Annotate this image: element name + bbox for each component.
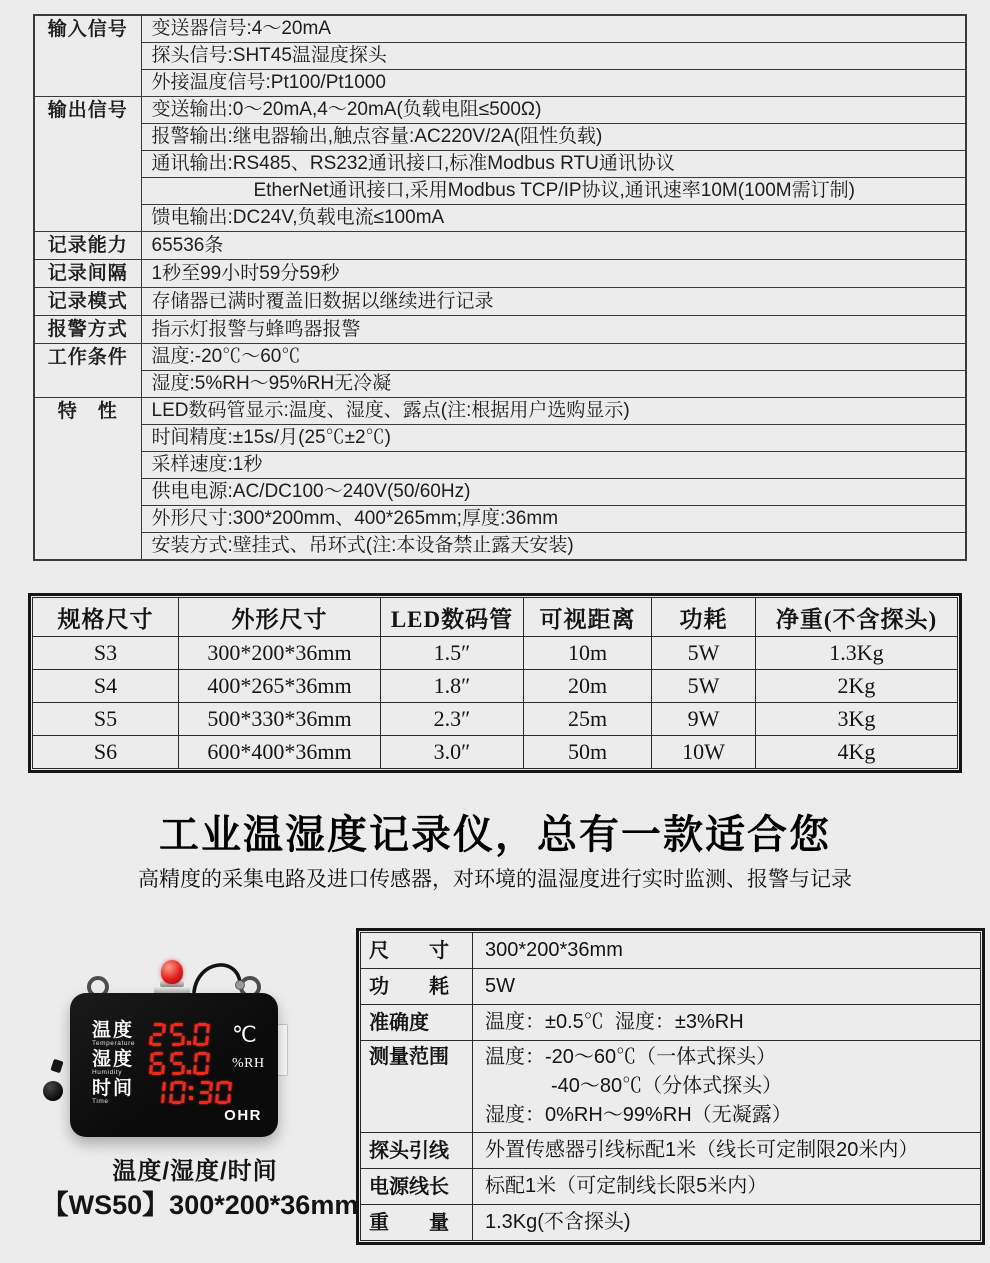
display-label: 温度Temperature bbox=[92, 1021, 148, 1048]
models-row: S4400*265*36mm1.8″20m5W2Kg bbox=[33, 670, 958, 703]
led-display-panel: 温度Temperature℃湿度Humidity%RH时间Time OHR bbox=[70, 993, 278, 1137]
detail-row: 重 量1.3Kg(不含探头) bbox=[361, 1205, 981, 1241]
segment bbox=[173, 1023, 182, 1026]
models-cell: 10m bbox=[524, 637, 652, 670]
segment bbox=[182, 1082, 186, 1091]
spec-row: 湿度:5%RH～95%RH无冷凝 bbox=[34, 371, 966, 398]
segment bbox=[200, 1091, 209, 1094]
segment bbox=[216, 1082, 220, 1091]
models-cell: 1.5″ bbox=[381, 637, 524, 670]
side-knob bbox=[43, 1081, 63, 1101]
spec-row: 探头信号:SHT45温湿度探头 bbox=[34, 43, 966, 70]
spec-row: 工作条件温度:-20℃～60℃ bbox=[34, 344, 966, 371]
decimal-dot bbox=[187, 1041, 191, 1045]
spec-value: 供电电源:AC/DC100～240V(50/60Hz) bbox=[141, 479, 966, 506]
segment bbox=[169, 1094, 173, 1103]
segment bbox=[153, 1033, 162, 1036]
display-label: 时间Time bbox=[92, 1079, 148, 1106]
spec-row: 通讯输出:RS485、RS232通讯接口,标准Modbus RTU通讯协议 bbox=[34, 151, 966, 178]
detail-value: 温度：-20～60℃（一体式探头）-40～80℃（分体式探头）湿度：0%RH～9… bbox=[473, 1041, 981, 1133]
display-label-en: Time bbox=[92, 1099, 148, 1106]
device-caption: 温度/湿度/时间 bbox=[30, 1151, 360, 1186]
seven-seg-digit bbox=[169, 1081, 186, 1104]
segment bbox=[172, 1072, 181, 1075]
segment bbox=[172, 1062, 181, 1065]
segment bbox=[227, 1094, 231, 1103]
models-cell: 2Kg bbox=[756, 670, 958, 703]
models-table-body: S3300*200*36mm1.5″10m5W1.3KgS4400*265*36… bbox=[33, 637, 958, 769]
detail-value: 1.3Kg(不含探头) bbox=[473, 1205, 981, 1241]
spec-row: 采样速度:1秒 bbox=[34, 452, 966, 479]
models-header-cell: 功耗 bbox=[652, 598, 756, 637]
detail-row: 尺 寸300*200*36mm bbox=[361, 933, 981, 969]
detail-row: 功 耗5W bbox=[361, 969, 981, 1005]
detail-value: 外置传感器引线标配1米（线长可定制限20米内） bbox=[473, 1133, 981, 1169]
segment bbox=[173, 1052, 182, 1055]
segment bbox=[150, 1053, 154, 1062]
display-label: 湿度Humidity bbox=[92, 1050, 148, 1077]
segment bbox=[194, 1053, 198, 1062]
seven-seg-digit bbox=[196, 1081, 213, 1104]
device-model-caption: 【WS50】300*200*36mm bbox=[30, 1183, 370, 1222]
models-table-frame: 规格尺寸外形尺寸LED数码管可视距离功耗净重(不含探头) S3300*200*3… bbox=[28, 593, 962, 773]
spec-value: 1秒至99小时59分59秒 bbox=[141, 260, 966, 288]
segment bbox=[162, 1024, 166, 1033]
spec-value: 时间精度:±15s/月(25℃±2℃) bbox=[141, 425, 966, 452]
segment bbox=[161, 1094, 165, 1103]
detail-label: 功 耗 bbox=[361, 969, 473, 1005]
spec-group-label: 特 性 bbox=[34, 398, 141, 561]
models-cell: 25m bbox=[524, 703, 652, 736]
alarm-beacon-icon bbox=[161, 960, 183, 984]
detail-value: 标配1米（可定制线长限5米内） bbox=[473, 1169, 981, 1205]
led-display-rows: 温度Temperature℃湿度Humidity%RH时间Time bbox=[92, 1020, 266, 1107]
segment bbox=[172, 1033, 181, 1036]
spec-value: EtherNet通讯接口,采用Modbus TCP/IP协议,通讯速率10M(1… bbox=[141, 178, 966, 205]
models-cell: 2.3″ bbox=[381, 703, 524, 736]
models-header-cell: LED数码管 bbox=[381, 598, 524, 637]
models-cell: 4Kg bbox=[756, 736, 958, 769]
models-row: S6600*400*36mm3.0″50m10W4Kg bbox=[33, 736, 958, 769]
seven-seg-digit bbox=[169, 1052, 186, 1075]
display-label-cn: 温度 bbox=[92, 1021, 148, 1040]
seven-seg-digit bbox=[149, 1052, 166, 1075]
display-value bbox=[148, 1081, 234, 1104]
io-spec-table: 输入信号变送器信号:4～20mA探头信号:SHT45温湿度探头外接温度信号:Pt… bbox=[33, 14, 967, 561]
models-cell: 5W bbox=[652, 670, 756, 703]
decimal-dot bbox=[187, 1070, 191, 1074]
segment bbox=[152, 1043, 161, 1046]
spec-row: 供电电源:AC/DC100～240V(50/60Hz) bbox=[34, 479, 966, 506]
detail-row: 探头引线外置传感器引线标配1米（线长可定制限20米内） bbox=[361, 1133, 981, 1169]
models-cell: 400*265*36mm bbox=[179, 670, 381, 703]
models-header-cell: 规格尺寸 bbox=[33, 598, 179, 637]
display-label-cn: 湿度 bbox=[92, 1050, 148, 1069]
models-cell: 1.3Kg bbox=[756, 637, 958, 670]
colon-dot bbox=[189, 1096, 193, 1100]
models-cell: 600*400*36mm bbox=[179, 736, 381, 769]
spec-row: 安装方式:壁挂式、吊环式(注:本设备禁止露天安装) bbox=[34, 533, 966, 561]
side-sensor-nub bbox=[50, 1059, 63, 1074]
display-row: 湿度Humidity%RH bbox=[92, 1049, 266, 1078]
detail-table-frame: 尺 寸300*200*36mm功 耗5W准确度温度：±0.5℃ 湿度：±3%RH… bbox=[356, 928, 985, 1245]
segment bbox=[198, 1052, 207, 1055]
display-value bbox=[148, 1023, 232, 1046]
segment bbox=[172, 1043, 181, 1046]
segment bbox=[205, 1036, 209, 1045]
sensor-cable-icon bbox=[188, 952, 252, 998]
segment bbox=[196, 1072, 205, 1075]
models-table: 规格尺寸外形尺寸LED数码管可视距离功耗净重(不含探头) S3300*200*3… bbox=[32, 597, 958, 769]
brand-logo: OHR bbox=[224, 1107, 262, 1124]
models-row: S3300*200*36mm1.5″10m5W1.3Kg bbox=[33, 637, 958, 670]
detail-line: -40～80℃（分体式探头） bbox=[485, 1072, 976, 1101]
models-cell: 300*200*36mm bbox=[179, 637, 381, 670]
segment bbox=[206, 1024, 210, 1033]
display-row: 温度Temperature℃ bbox=[92, 1020, 266, 1049]
spec-row: 记录间隔1秒至99小时59分59秒 bbox=[34, 260, 966, 288]
models-cell: 3.0″ bbox=[381, 736, 524, 769]
detail-row: 准确度温度：±0.5℃ 湿度：±3%RH bbox=[361, 1005, 981, 1041]
seven-seg-digit bbox=[149, 1023, 166, 1046]
spec-row: 报警输出:继电器输出,触点容量:AC220V/2A(阻性负载) bbox=[34, 124, 966, 151]
segment bbox=[170, 1053, 174, 1062]
spec-row: 外接温度信号:Pt100/Pt1000 bbox=[34, 70, 966, 97]
spec-row: 输入信号变送器信号:4～20mA bbox=[34, 15, 966, 43]
spec-group-label: 工作条件 bbox=[34, 344, 141, 398]
spec-row: 输出信号变送输出:0～20mA,4～20mA(负载电阻≤500Ω) bbox=[34, 97, 966, 124]
spec-value: 指示灯报警与蜂鸣器报警 bbox=[141, 316, 966, 344]
spec-row: 特 性LED数码管显示:温度、湿度、露点(注:根据用户选购显示) bbox=[34, 398, 966, 425]
segment bbox=[161, 1065, 165, 1074]
detail-label: 测量范围 bbox=[361, 1041, 473, 1133]
detail-line: 标配1米（可定制线长限5米内） bbox=[485, 1172, 976, 1201]
segment bbox=[154, 1052, 163, 1055]
segment bbox=[170, 1024, 174, 1033]
segment bbox=[196, 1043, 205, 1046]
page-title: 工业温湿度记录仪，总有一款适合您 bbox=[0, 803, 990, 860]
spec-group-label: 记录间隔 bbox=[34, 260, 141, 288]
models-table-head: 规格尺寸外形尺寸LED数码管可视距离功耗净重(不含探头) bbox=[33, 598, 958, 637]
detail-table-body: 尺 寸300*200*36mm功 耗5W准确度温度：±0.5℃ 湿度：±3%RH… bbox=[361, 933, 981, 1241]
segment bbox=[218, 1101, 227, 1104]
models-cell: 10W bbox=[652, 736, 756, 769]
detail-line: 温度：-20～60℃（一体式探头） bbox=[485, 1043, 976, 1072]
display-unit: ℃ bbox=[232, 1022, 257, 1048]
segment bbox=[208, 1094, 212, 1103]
models-header-cell: 可视距离 bbox=[524, 598, 652, 637]
spec-row: 馈电输出:DC24V,负载电流≤100mA bbox=[34, 205, 966, 232]
seven-seg-digit bbox=[193, 1052, 210, 1075]
detail-value: 温度：±0.5℃ 湿度：±3%RH bbox=[473, 1005, 981, 1041]
colon bbox=[187, 1081, 195, 1104]
spec-row: 报警方式指示灯报警与蜂鸣器报警 bbox=[34, 316, 966, 344]
display-label-cn: 时间 bbox=[92, 1079, 148, 1098]
models-cell: S4 bbox=[33, 670, 179, 703]
spec-value: 湿度:5%RH～95%RH无冷凝 bbox=[141, 371, 966, 398]
seven-seg-digit bbox=[149, 1081, 166, 1104]
segment bbox=[170, 1082, 174, 1091]
segment bbox=[152, 1072, 161, 1075]
spec-value: 变送输出:0～20mA,4～20mA(负载电阻≤500Ω) bbox=[141, 97, 966, 124]
spec-value: 报警输出:继电器输出,触点容量:AC220V/2A(阻性负载) bbox=[141, 124, 966, 151]
spec-value: 通讯输出:RS485、RS232通讯接口,标准Modbus RTU通讯协议 bbox=[141, 151, 966, 178]
models-header-row: 规格尺寸外形尺寸LED数码管可视距离功耗净重(不含探头) bbox=[33, 598, 958, 637]
detail-label: 探头引线 bbox=[361, 1133, 473, 1169]
segment bbox=[206, 1053, 210, 1062]
models-cell: S3 bbox=[33, 637, 179, 670]
models-cell: 1.8″ bbox=[381, 670, 524, 703]
spec-value: 安装方式:壁挂式、吊环式(注:本设备禁止露天安装) bbox=[141, 533, 966, 561]
spec-row: 时间精度:±15s/月(25℃±2℃) bbox=[34, 425, 966, 452]
models-cell: 9W bbox=[652, 703, 756, 736]
spec-value: 存储器已满时覆盖旧数据以继续进行记录 bbox=[141, 288, 966, 316]
detail-spec-table: 尺 寸300*200*36mm功 耗5W准确度温度：±0.5℃ 湿度：±3%RH… bbox=[360, 932, 981, 1241]
spec-group-label: 记录模式 bbox=[34, 288, 141, 316]
seven-seg-digit bbox=[215, 1081, 232, 1104]
segment bbox=[199, 1101, 208, 1104]
models-cell: S6 bbox=[33, 736, 179, 769]
detail-line: 5W bbox=[485, 972, 976, 1001]
spec-group-label: 记录能力 bbox=[34, 232, 141, 260]
io-spec-table-body: 输入信号变送器信号:4～20mA探头信号:SHT45温湿度探头外接温度信号:Pt… bbox=[34, 15, 966, 560]
spec-row: EtherNet通讯接口,采用Modbus TCP/IP协议,通讯速率10M(1… bbox=[34, 178, 966, 205]
detail-value: 300*200*36mm bbox=[473, 933, 981, 969]
spec-row: 外形尺寸:300*200mm、400*265mm;厚度:36mm bbox=[34, 506, 966, 533]
segment bbox=[205, 1065, 209, 1074]
detail-label: 准确度 bbox=[361, 1005, 473, 1041]
colon-dot bbox=[189, 1086, 193, 1090]
display-unit: %RH bbox=[232, 1056, 265, 1072]
segment bbox=[173, 1081, 182, 1084]
spec-value: 馈电输出:DC24V,负载电流≤100mA bbox=[141, 205, 966, 232]
spec-group-label: 输出信号 bbox=[34, 97, 141, 232]
detail-line: 温度：±0.5℃ 湿度：±3%RH bbox=[485, 1008, 976, 1037]
display-row: 时间Time bbox=[92, 1078, 266, 1107]
spec-value: 探头信号:SHT45温湿度探头 bbox=[141, 43, 966, 70]
segment bbox=[228, 1082, 232, 1091]
detail-label: 电源线长 bbox=[361, 1169, 473, 1205]
display-label-en: Humidity bbox=[92, 1070, 148, 1077]
models-cell: 50m bbox=[524, 736, 652, 769]
models-row: S5500*330*36mm2.3″25m9W3Kg bbox=[33, 703, 958, 736]
detail-line: 湿度：0%RH～99%RH（无凝露） bbox=[485, 1101, 976, 1130]
models-header-cell: 外形尺寸 bbox=[179, 598, 381, 637]
segment bbox=[172, 1101, 181, 1104]
detail-row: 电源线长标配1米（可定制线长限5米内） bbox=[361, 1169, 981, 1205]
detail-line: 外置传感器引线标配1米（线长可定制限20米内） bbox=[485, 1136, 976, 1165]
segment bbox=[201, 1081, 210, 1084]
models-cell: 5W bbox=[652, 637, 756, 670]
models-cell: S5 bbox=[33, 703, 179, 736]
display-value bbox=[148, 1052, 232, 1075]
spec-row: 记录模式存储器已满时覆盖旧数据以继续进行记录 bbox=[34, 288, 966, 316]
spec-value: 65536条 bbox=[141, 232, 966, 260]
segment bbox=[194, 1024, 198, 1033]
spec-value: LED数码管显示:温度、湿度、露点(注:根据用户选购显示) bbox=[141, 398, 966, 425]
segment bbox=[198, 1023, 207, 1026]
spec-value: 外形尺寸:300*200mm、400*265mm;厚度:36mm bbox=[141, 506, 966, 533]
spec-group-label: 输入信号 bbox=[34, 15, 141, 97]
spec-value: 采样速度:1秒 bbox=[141, 452, 966, 479]
spec-value: 外接温度信号:Pt100/Pt1000 bbox=[141, 70, 966, 97]
segment bbox=[162, 1082, 166, 1091]
detail-value: 5W bbox=[473, 969, 981, 1005]
seven-seg-digit bbox=[169, 1023, 186, 1046]
models-cell: 500*330*36mm bbox=[179, 703, 381, 736]
detail-label: 重 量 bbox=[361, 1205, 473, 1241]
seven-seg-digit bbox=[193, 1023, 210, 1046]
models-cell: 20m bbox=[524, 670, 652, 703]
detail-line: 300*200*36mm bbox=[485, 936, 976, 965]
side-connector-tab bbox=[277, 1024, 288, 1076]
detail-label: 尺 寸 bbox=[361, 933, 473, 969]
page-subtitle: 高精度的采集电路及进口传感器，对环境的温湿度进行实时监测、报警与记录 bbox=[0, 863, 990, 893]
device-figure: 温度Temperature℃湿度Humidity%RH时间Time OHR 温度… bbox=[30, 950, 360, 1250]
spec-row: 记录能力65536条 bbox=[34, 232, 966, 260]
spec-value: 变送器信号:4～20mA bbox=[141, 15, 966, 43]
spec-value: 温度:-20℃～60℃ bbox=[141, 344, 966, 371]
models-cell: 3Kg bbox=[756, 703, 958, 736]
segment bbox=[209, 1082, 213, 1091]
detail-row: 测量范围温度：-20～60℃（一体式探头）-40～80℃（分体式探头）湿度：0%… bbox=[361, 1041, 981, 1133]
spec-group-label: 报警方式 bbox=[34, 316, 141, 344]
detail-line: 1.3Kg(不含探头) bbox=[485, 1208, 976, 1237]
display-label-en: Temperature bbox=[92, 1041, 148, 1048]
models-header-cell: 净重(不含探头) bbox=[756, 598, 958, 637]
